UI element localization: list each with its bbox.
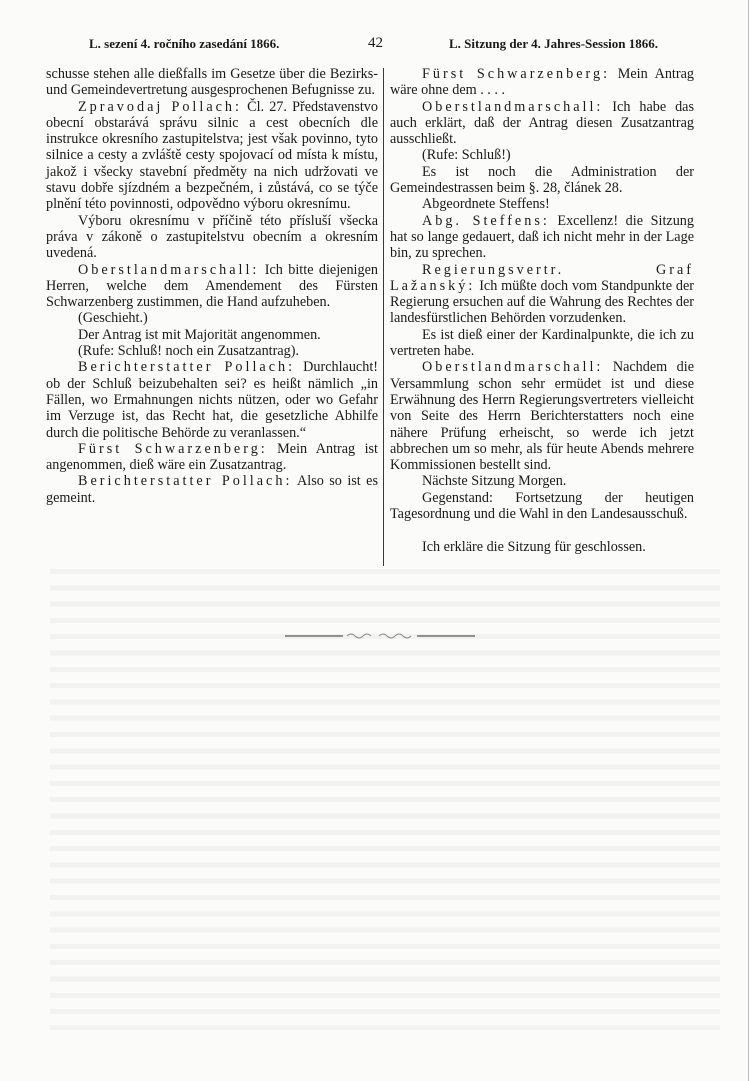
paragraph: Berichterstatter Pollach: Durchlaucht! o…	[46, 359, 378, 440]
paragraph-text: Es ist dieß einer der Kardinalpunkte, di…	[390, 327, 694, 359]
paragraph-text: Výboru okresnímu v příčině této přísluší…	[46, 213, 378, 262]
speaker-name: Oberstlandmarschall:	[78, 262, 259, 278]
paragraph: Oberstlandmarschall: Ich habe das auch e…	[390, 99, 694, 148]
paragraph: (Rufe: Schluß! noch ein Zusatzantrag).	[46, 343, 378, 359]
paragraph: (Geschieht.)	[46, 310, 378, 326]
paragraph-text: schusse stehen alle dießfalls im Gesetze…	[46, 66, 378, 98]
paragraph: Der Antrag ist mit Majorität angenommen.	[46, 327, 378, 343]
speaker-name: Zpravodaj Pollach:	[78, 99, 242, 115]
speaker-name: Oberstlandmarschall:	[422, 359, 603, 375]
speaker-name: Oberstlandmarschall:	[422, 99, 603, 115]
speaker-name: Fürst Schwarzenberg:	[78, 441, 268, 457]
paragraph: Es ist noch die Administration der Gemei…	[390, 164, 694, 197]
page-edge	[748, 0, 749, 1081]
paragraph-text: (Rufe: Schluß!)	[422, 147, 511, 163]
paragraph: Es ist dieß einer der Kardinalpunkte, di…	[390, 327, 694, 360]
paragraph: Berichterstatter Pollach: Also so ist es…	[46, 473, 378, 506]
paragraph-text: Čl. 27. Představenstvo obecní obstarává …	[46, 99, 378, 213]
paragraph: Ich erkläre die Sitzung für geschlossen.	[390, 539, 694, 555]
paragraph: Oberstlandmarschall: Nachdem die Versamm…	[390, 359, 694, 473]
paragraph: Oberstlandmarschall: Ich bitte diejenige…	[46, 262, 378, 311]
paragraph: Gegenstand: Fortsetzung der heutigen Tag…	[390, 490, 694, 523]
speaker-name: Berichterstatter Pollach:	[78, 473, 292, 489]
paragraph-text: Der Antrag ist mit Majorität angenommen.	[78, 327, 321, 343]
paragraph-text: (Rufe: Schluß! noch ein Zusatzantrag).	[78, 343, 299, 359]
paragraph-text: (Geschieht.)	[78, 310, 148, 326]
paragraph: Abgeordnete Steffens!	[390, 196, 694, 212]
paragraph-text: Gegenstand: Fortsetzung der heutigen Tag…	[390, 490, 694, 522]
speaker-name: Abg. Steffens:	[422, 213, 550, 229]
paragraph: Regierungsvertr. Graf Lažanský: Ich müßt…	[390, 262, 694, 327]
paragraph: Zpravodaj Pollach: Čl. 27. Představenstv…	[46, 99, 378, 213]
paragraph: (Rufe: Schluß!)	[390, 147, 694, 163]
paragraph: Výboru okresnímu v příčině této přísluší…	[46, 213, 378, 262]
left-column: schusse stehen alle dießfalls im Gesetze…	[46, 66, 378, 506]
paragraph: schusse stehen alle dießfalls im Gesetze…	[46, 66, 378, 99]
page-number: 42	[368, 35, 383, 52]
header-czech: L. sezení 4. ročního zasedání 1866.	[89, 36, 279, 52]
right-column: Fürst Schwarzenberg: Mein Antrag wäre oh…	[390, 66, 694, 555]
paragraph-text: Es ist noch die Administration der Gemei…	[390, 164, 694, 196]
paragraph: Fürst Schwarzenberg: Mein Antrag wäre oh…	[390, 66, 694, 99]
column-divider	[383, 68, 384, 566]
wavy-rule-ornament-icon	[285, 628, 475, 644]
paragraph-text: Nächste Sitzung Morgen.	[422, 473, 566, 489]
paragraph-text: Abgeordnete Steffens!	[422, 196, 550, 212]
running-header: L. sezení 4. ročního zasedání 1866. 42 L…	[0, 36, 750, 56]
speaker-name: Berichterstatter Pollach:	[78, 359, 295, 375]
paragraph-text: Ich erkläre die Sitzung für geschlossen.	[422, 539, 646, 555]
paragraph: Fürst Schwarzenberg: Mein Antrag ist ang…	[46, 441, 378, 474]
paragraph: Nächste Sitzung Morgen.	[390, 473, 694, 489]
speaker-name: Fürst Schwarzenberg:	[422, 66, 610, 82]
paragraph: Abg. Steffens: Excellenz! die Sitzung ha…	[390, 213, 694, 262]
header-german: L. Sitzung der 4. Jahres-Session 1866.	[449, 36, 658, 52]
paragraph-text: Nachdem die Versammlung schon sehr ermüd…	[390, 359, 694, 473]
